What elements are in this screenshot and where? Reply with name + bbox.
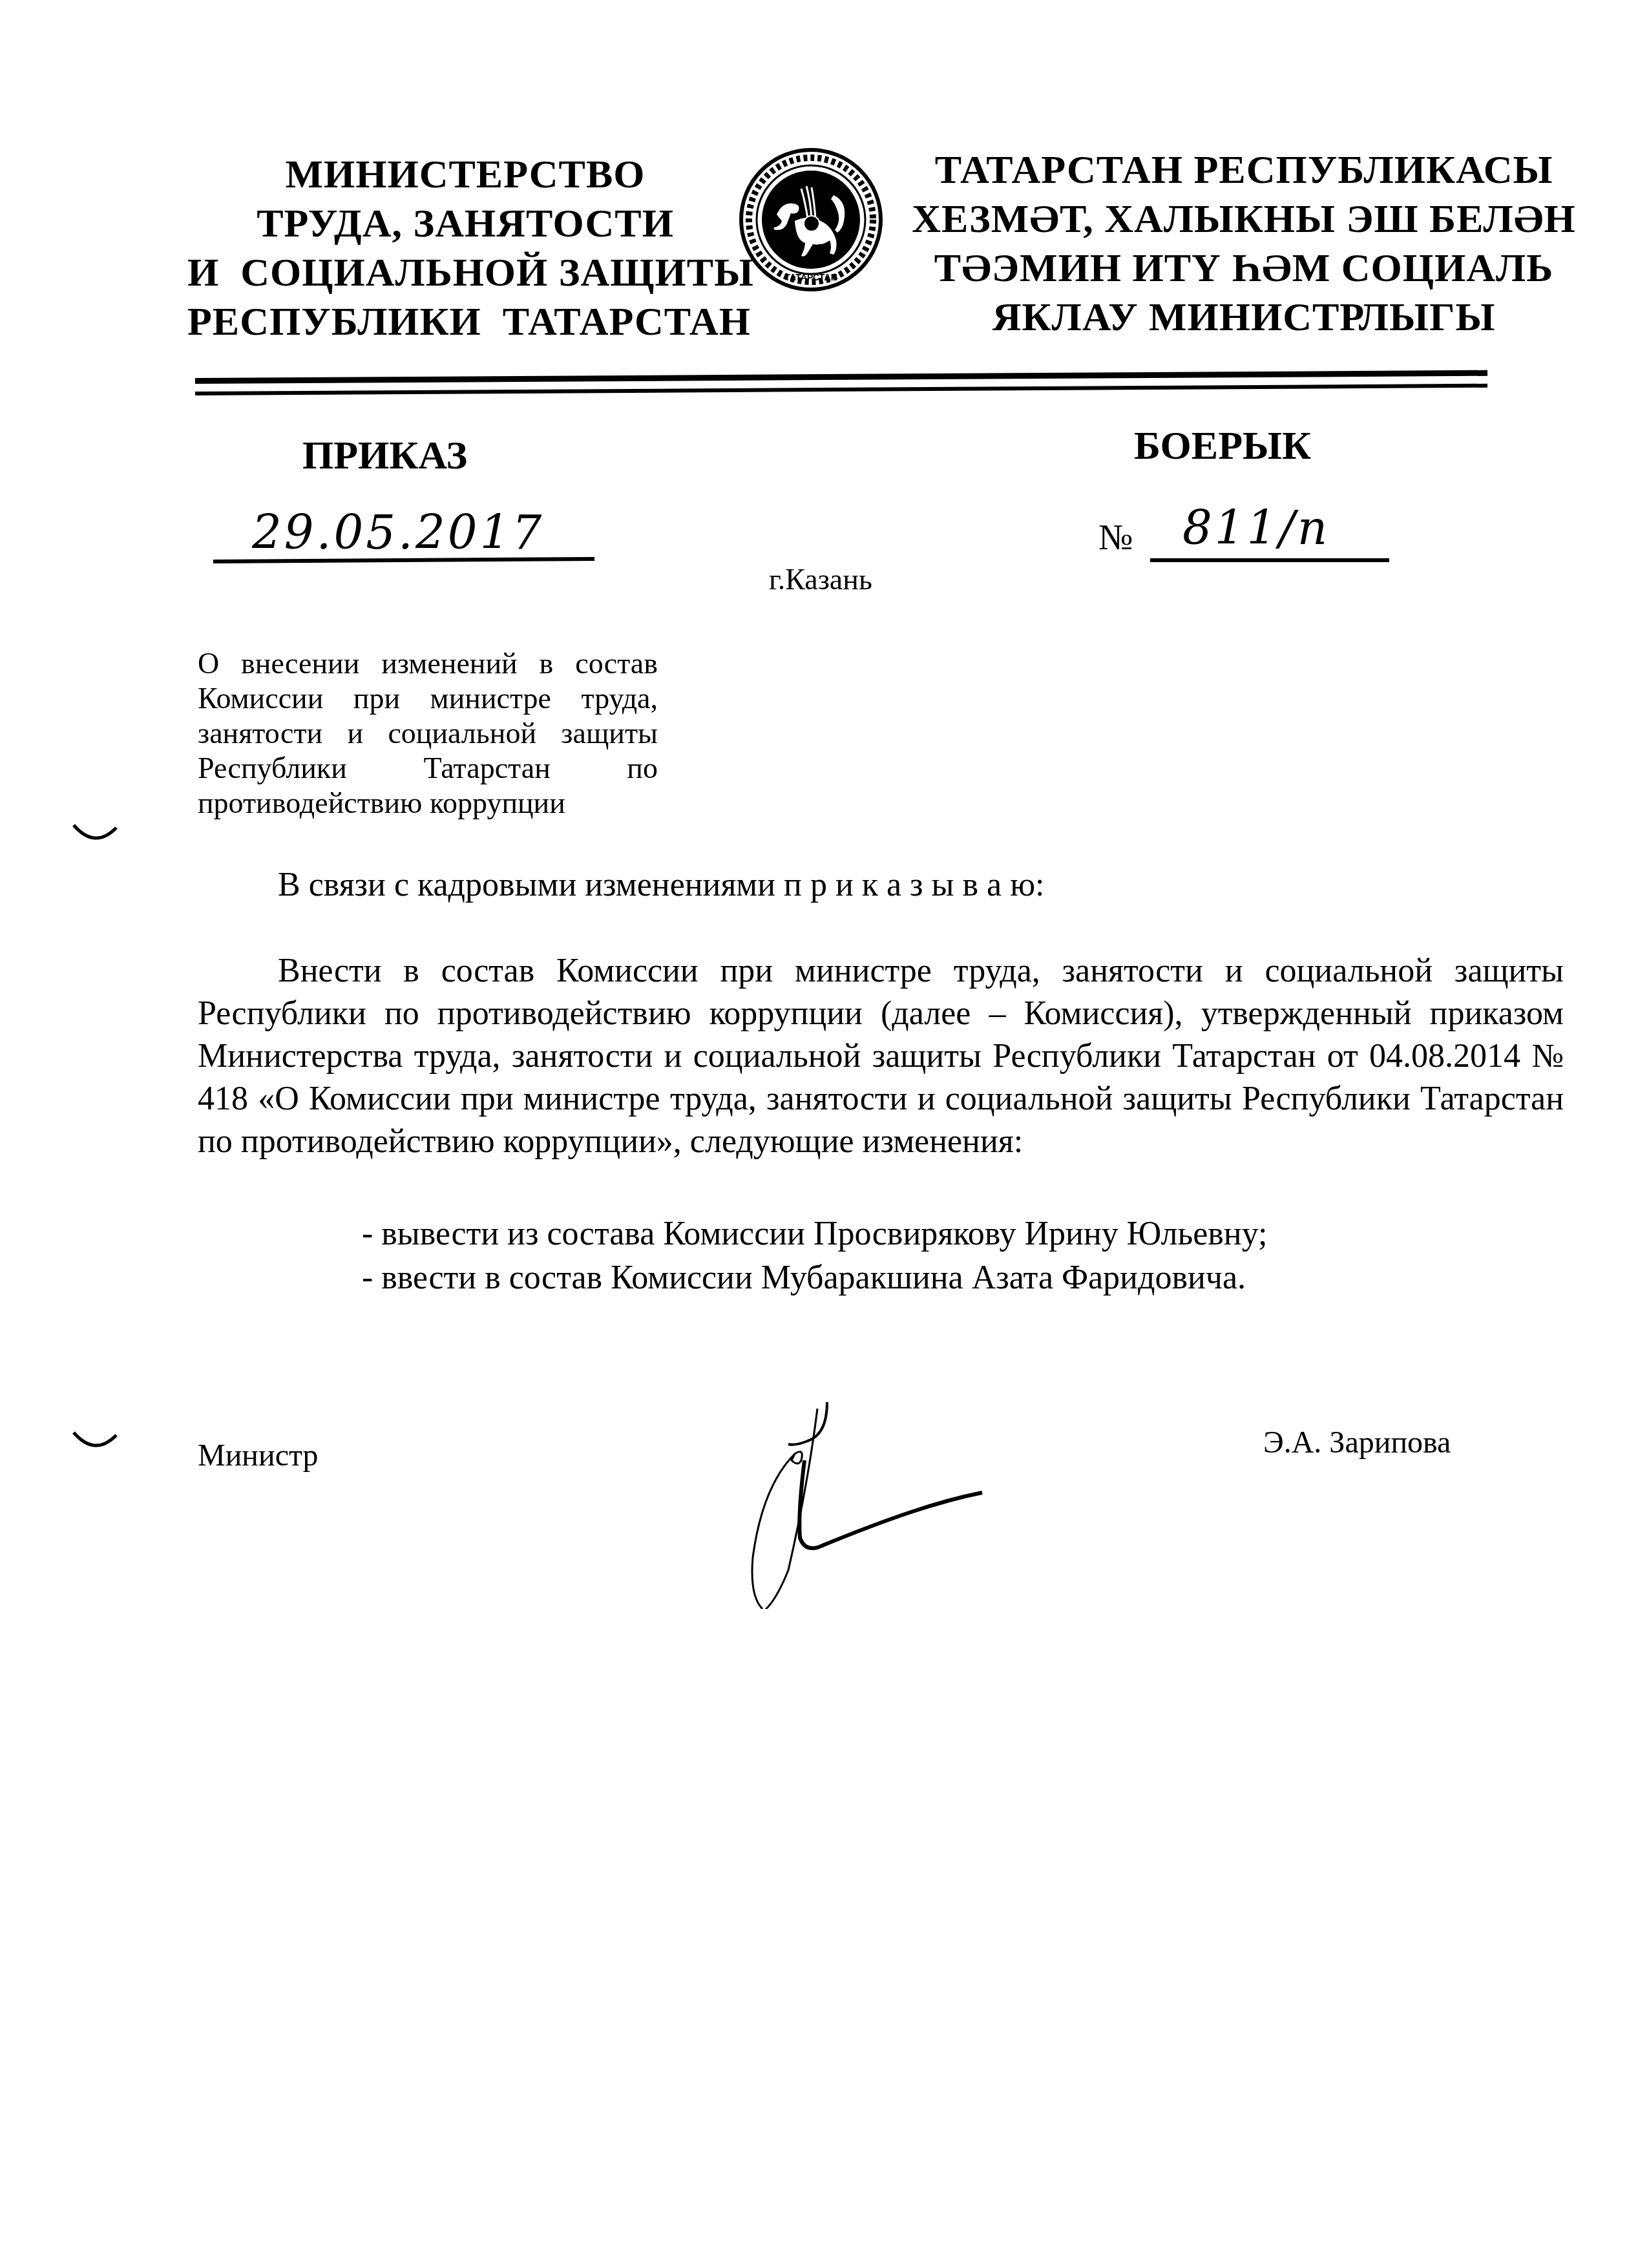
- margin-mark-icon: [72, 824, 118, 850]
- header-divider-thick: [195, 370, 1487, 384]
- header-left-line: ТРУДА, ЗАНЯТОСТИ: [187, 199, 743, 248]
- order-title-russian: ПРИКАЗ: [302, 433, 467, 479]
- header-right-line: ТАТАРСТАН РЕСПУБЛИКАСЫ: [905, 145, 1583, 194]
- order-subject: О внесении изменений в состав Комиссии п…: [198, 646, 658, 821]
- order-number: 811/п: [1182, 501, 1330, 555]
- order-intro: В связи с кадровыми изменениями п р и к …: [278, 866, 1044, 904]
- margin-mark-icon: [72, 1431, 118, 1457]
- header-left-line: РЕСПУБЛИКИ ТАТАРСТАН: [187, 297, 743, 346]
- tatarstan-coat-of-arms-icon: ТАТАРСТАН: [737, 143, 885, 292]
- header-right-line: ЯКЛАУ МИНИСТРЛЫГЫ: [905, 293, 1583, 342]
- number-underline: [1150, 558, 1389, 562]
- header-right-line: ТӘЭМИН ИТҮ ҺӘМ СОЦИАЛЬ: [905, 244, 1583, 293]
- number-sign: №: [1098, 517, 1133, 558]
- signatory-position: Министр: [198, 1438, 319, 1473]
- header-left-line: И СОЦИАЛЬНОЙ ЗАЩИТЫ: [187, 248, 743, 297]
- ministry-name-russian: МИНИСТЕРСТВО ТРУДА, ЗАНЯТОСТИ И СОЦИАЛЬН…: [187, 150, 743, 346]
- header-left-line: МИНИСТЕРСТВО: [187, 150, 743, 199]
- handwritten-signature-icon: [678, 1396, 1144, 1609]
- order-number-field: № 811/п: [1098, 504, 1422, 562]
- order-title-tatar: БОЕРЫК: [1134, 423, 1311, 469]
- order-date: 29.05.2017: [252, 505, 544, 560]
- emblem-caption: ТАТАРСТАН: [784, 272, 837, 282]
- signatory-name: Э.А. Зарипова: [1263, 1425, 1451, 1460]
- header-right-line: ХЕЗМӘТ, ХАЛЫКНЫ ЭШ БЕЛӘН: [905, 194, 1583, 244]
- order-item: - вывести из состава Комиссии Просвиряко…: [362, 1215, 1267, 1253]
- order-main-paragraph: Внести в состав Комиссии при министре тр…: [198, 950, 1564, 1163]
- order-city: г.Казань: [769, 562, 872, 596]
- header-divider-thin: [195, 384, 1487, 395]
- order-item: - ввести в состав Комиссии Мубаракшина А…: [362, 1259, 1246, 1297]
- order-date-field: 29.05.2017: [213, 510, 601, 562]
- ministry-name-tatar: ТАТАРСТАН РЕСПУБЛИКАСЫ ХЕЗМӘТ, ХАЛЫКНЫ Э…: [905, 145, 1583, 342]
